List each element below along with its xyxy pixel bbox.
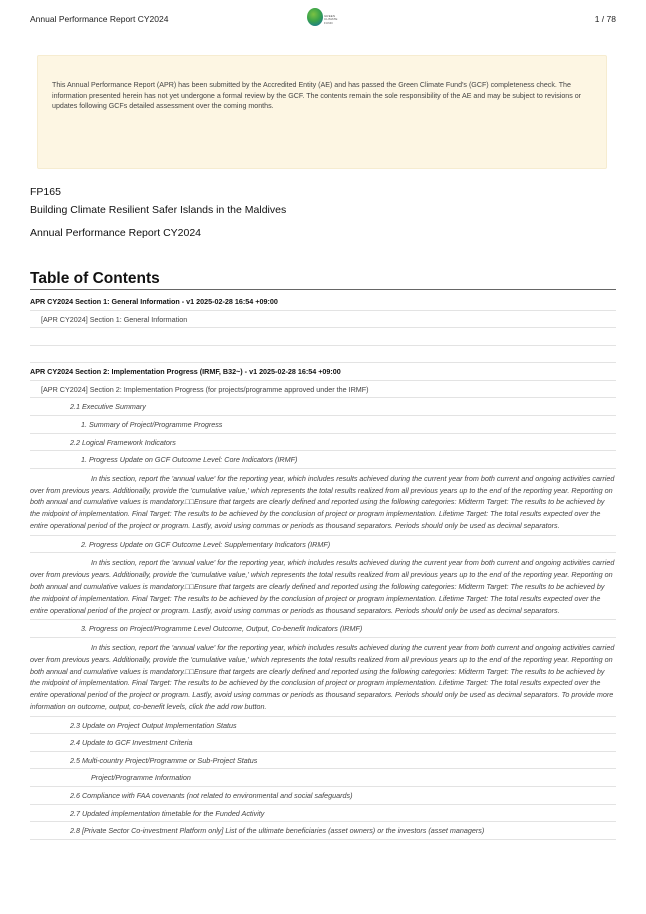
toc-description: In this section, report the 'annual valu… — [30, 553, 616, 620]
gcf-globe-logo-icon — [307, 8, 323, 26]
toc-entry[interactable]: 2.6 Compliance with FAA covenants (not r… — [30, 787, 616, 805]
submission-notice: This Annual Performance Report (APR) has… — [37, 55, 607, 169]
table-of-contents: APR CY2024 Section 1: General Informatio… — [30, 293, 616, 840]
page-indicator: 1 / 78 — [595, 14, 616, 24]
toc-blank-row — [30, 346, 616, 364]
gcf-logo: GREEN CLIMATE FUND — [307, 8, 341, 30]
toc-entry[interactable]: 3. Progress on Project/Programme Level O… — [30, 620, 616, 638]
toc-entry[interactable]: [APR CY2024] Section 2: Implementation P… — [30, 381, 616, 399]
toc-blank-row — [30, 328, 616, 346]
report-title: Annual Performance Report CY2024 — [30, 227, 201, 239]
project-title: Building Climate Resilient Safer Islands… — [30, 204, 286, 216]
toc-entry[interactable]: 1. Summary of Project/Programme Progress — [30, 416, 616, 434]
toc-entry[interactable]: 2.7 Updated implementation timetable for… — [30, 805, 616, 823]
logo-text: GREEN CLIMATE FUND — [324, 15, 337, 25]
toc-entry[interactable]: 2.5 Multi-country Project/Programme or S… — [30, 752, 616, 770]
toc-section-heading[interactable]: APR CY2024 Section 1: General Informatio… — [30, 293, 616, 311]
toc-entry[interactable]: 1. Progress Update on GCF Outcome Level:… — [30, 451, 616, 469]
toc-entry[interactable]: Project/Programme Information — [30, 769, 616, 787]
page-header: Annual Performance Report CY2024 GREEN C… — [0, 0, 646, 40]
toc-description: In this section, report the 'annual valu… — [30, 638, 616, 717]
toc-entry[interactable]: 2. Progress Update on GCF Outcome Level:… — [30, 536, 616, 554]
toc-section-heading[interactable]: APR CY2024 Section 2: Implementation Pro… — [30, 363, 616, 381]
toc-entry[interactable]: 2.4 Update to GCF Investment Criteria — [30, 734, 616, 752]
project-code: FP165 — [30, 186, 61, 198]
toc-entry[interactable]: 2.3 Update on Project Output Implementat… — [30, 717, 616, 735]
notice-text: This Annual Performance Report (APR) has… — [52, 80, 592, 112]
header-doc-title: Annual Performance Report CY2024 — [30, 14, 168, 24]
toc-entry[interactable]: 2.1 Executive Summary — [30, 398, 616, 416]
toc-description: In this section, report the 'annual valu… — [30, 469, 616, 536]
toc-heading: Table of Contents — [30, 270, 616, 290]
toc-entry[interactable]: 2.8 [Private Sector Co-investment Platfo… — [30, 822, 616, 840]
toc-entry[interactable]: 2.2 Logical Framework Indicators — [30, 434, 616, 452]
toc-entry[interactable]: [APR CY2024] Section 1: General Informat… — [30, 311, 616, 329]
